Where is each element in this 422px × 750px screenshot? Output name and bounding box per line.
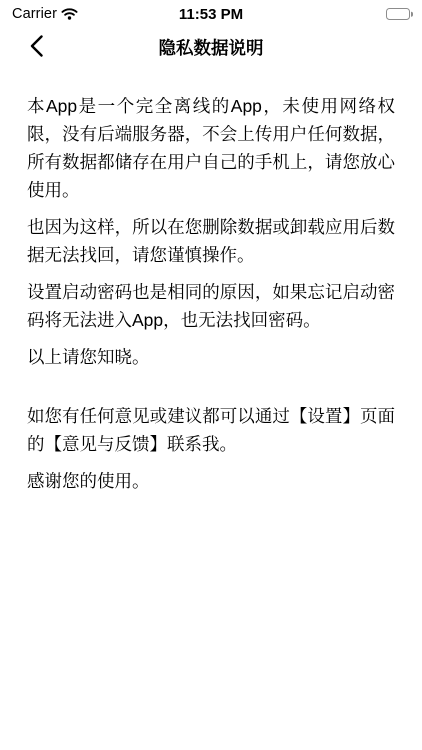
status-bar-right [386,8,410,20]
chevron-left-icon [30,35,43,60]
app-screen: Carrier 11:53 PM [0,0,422,750]
battery-full-icon [386,8,410,20]
paragraph-acknowledge: 以上请您知晓。 [27,343,395,371]
status-bar-left: Carrier [12,6,78,22]
back-button[interactable] [14,24,58,70]
privacy-description-text: 本App是一个完全离线的App，未使用网络权限，没有后端服务器，不会上传用户任何… [0,70,422,495]
paragraph-delete-warning: 也因为这样，所以在您删除数据或卸载应用后数据无法找回，请您谨慎操作。 [27,213,395,269]
paragraph-thanks: 感谢您的使用。 [27,467,395,495]
paragraph-password-warning: 设置启动密码也是相同的原因，如果忘记启动密码将无法进入App，也无法找回密码。 [27,278,395,334]
nav-bar: 隐私数据说明 [0,24,422,70]
paragraph-offline-note: 本App是一个完全离线的App，未使用网络权限，没有后端服务器，不会上传用户任何… [27,92,395,204]
status-bar: Carrier 11:53 PM [0,0,422,24]
carrier-label: Carrier [12,6,57,22]
page-title: 隐私数据说明 [0,35,422,60]
wifi-icon [61,8,78,20]
paragraph-feedback: 如您有任何意见或建议都可以通过【设置】页面的【意见与反馈】联系我。 [27,402,395,458]
